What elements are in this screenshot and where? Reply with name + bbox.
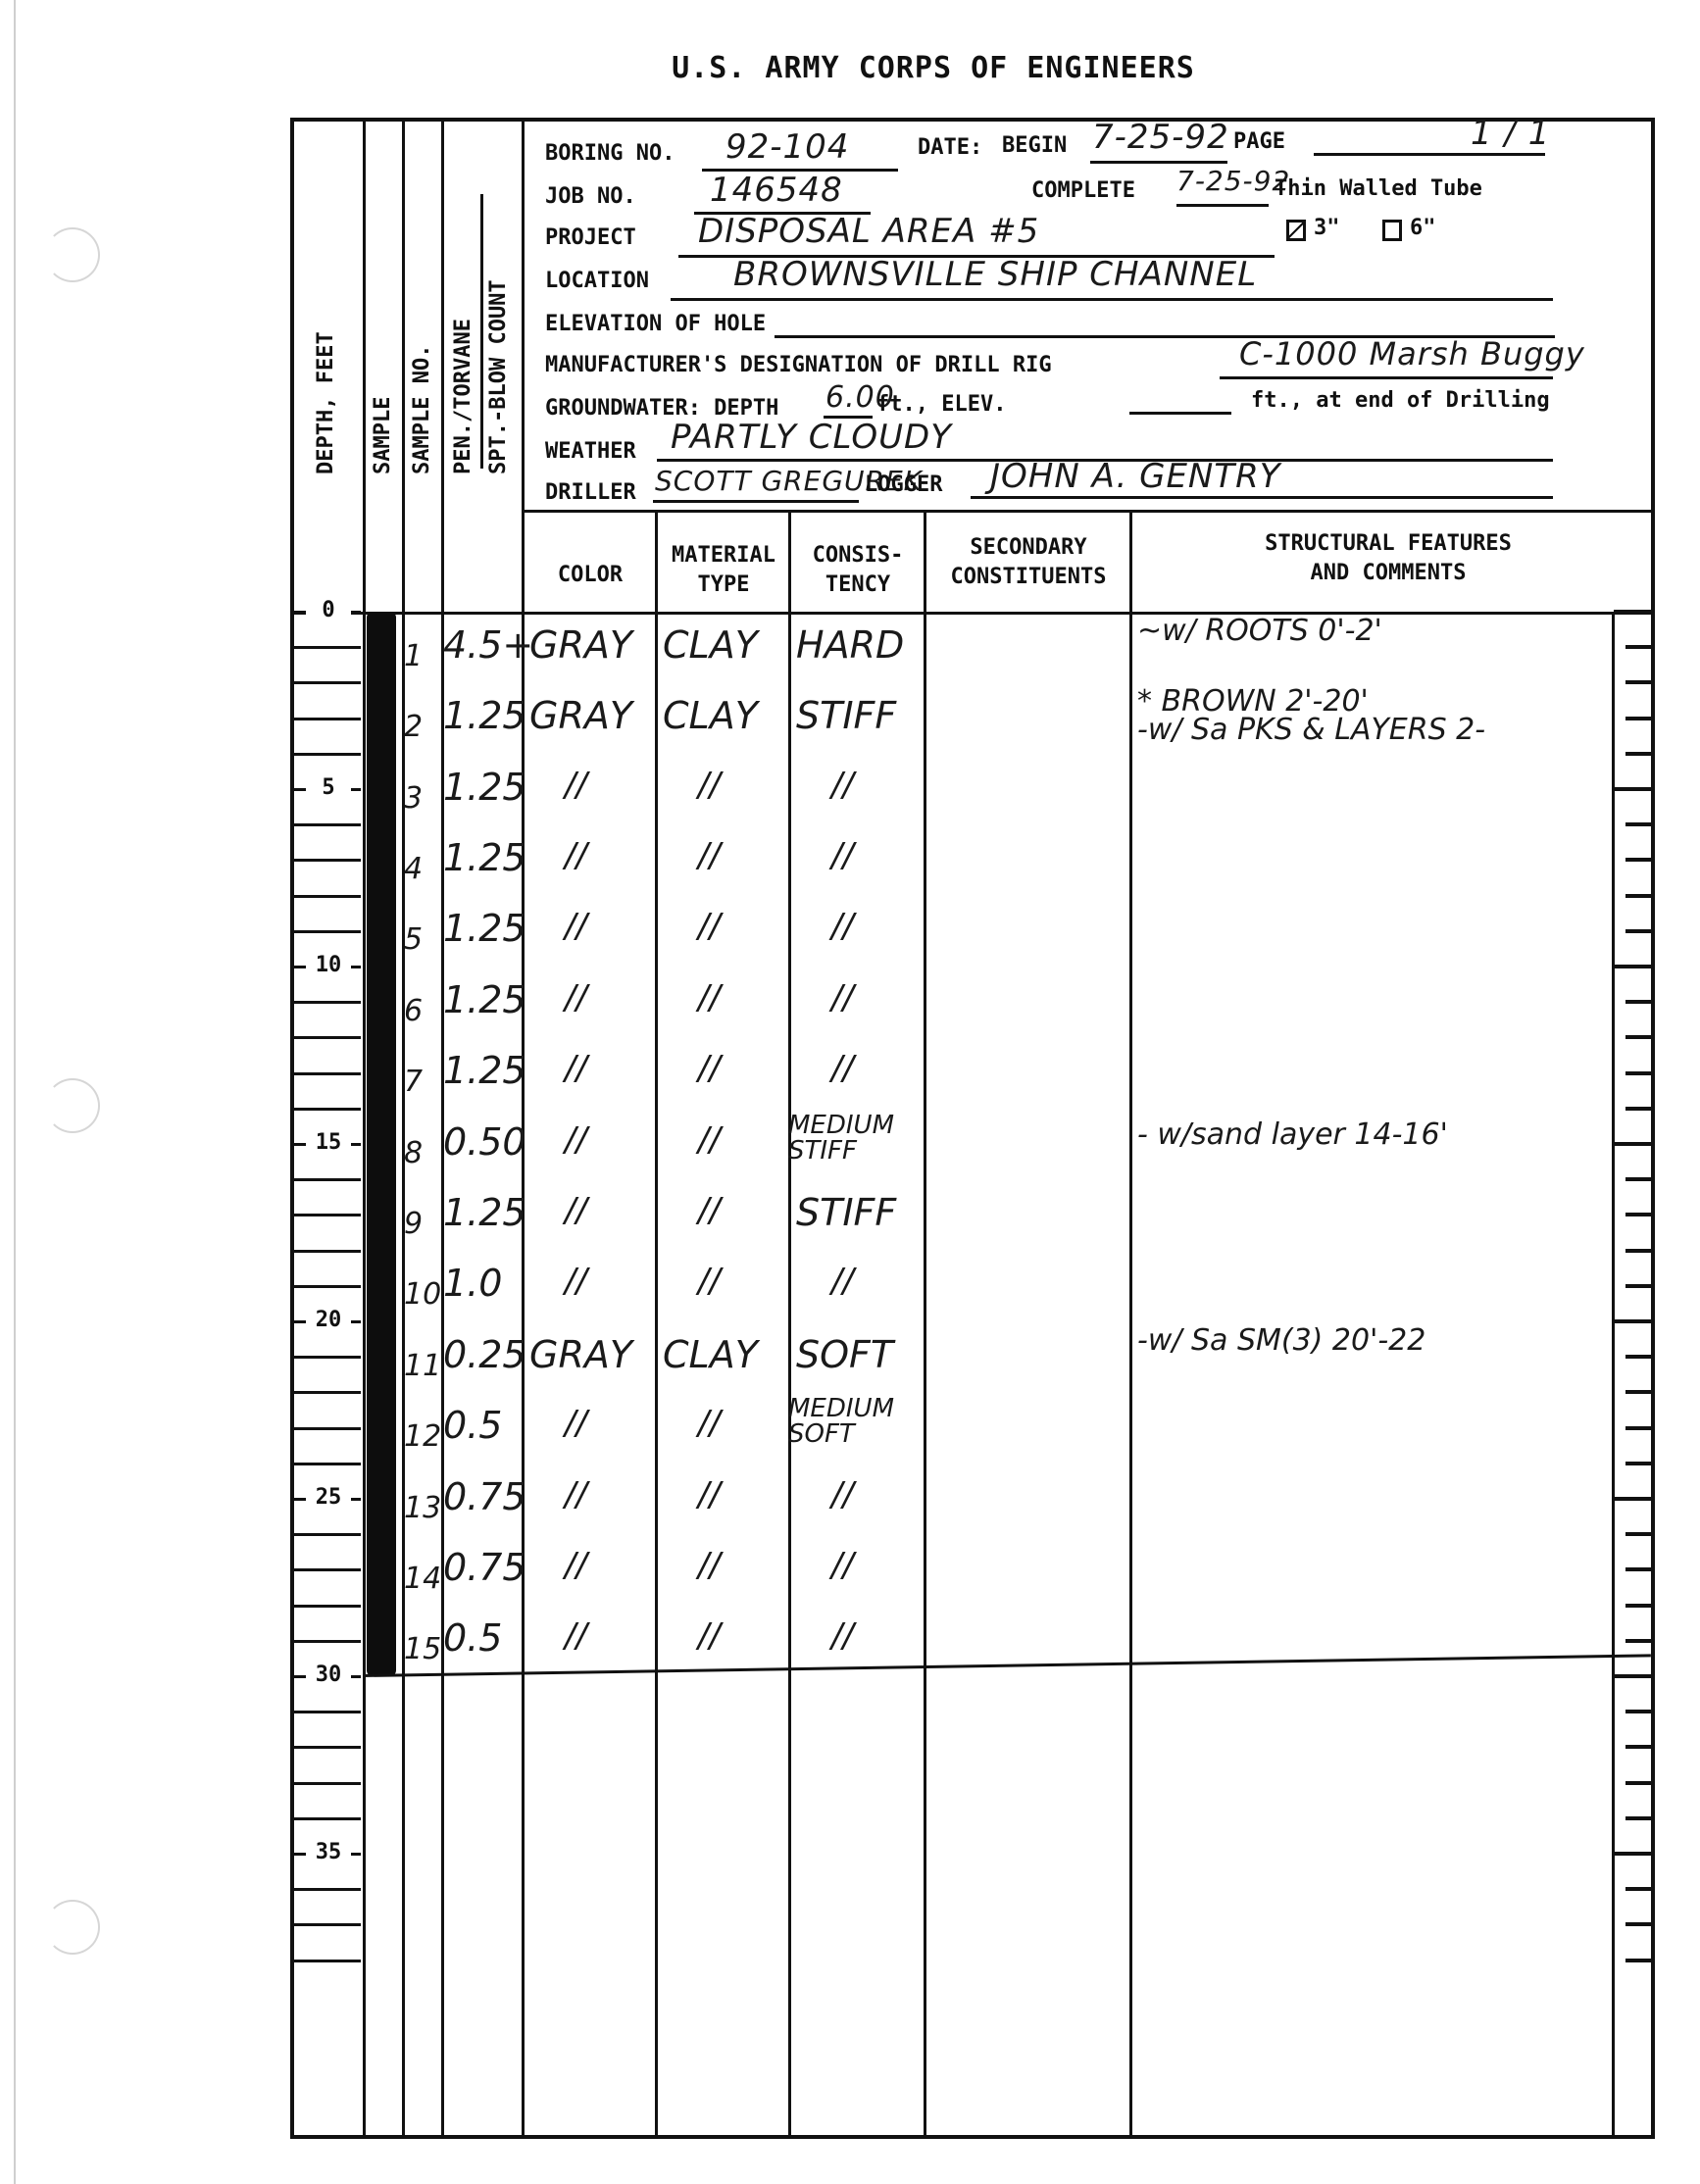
material-type-line2: TYPE bbox=[659, 571, 788, 600]
depth-tick bbox=[294, 1036, 361, 1039]
depth-tick-right bbox=[1625, 1177, 1651, 1181]
date-label: DATE: bbox=[918, 135, 982, 160]
depth-tick-right bbox=[1625, 1284, 1651, 1288]
depth-tick-right bbox=[1625, 1816, 1651, 1820]
depth-tick-right bbox=[1625, 1355, 1651, 1359]
punch-hole bbox=[45, 1078, 100, 1133]
depth-tick-right bbox=[1625, 1710, 1651, 1713]
color-value: // bbox=[565, 1404, 587, 1443]
tube-label: Thin Walled Tube bbox=[1275, 176, 1482, 201]
end-of-boring-line bbox=[363, 1654, 1651, 1677]
material-value: CLAY bbox=[663, 1333, 758, 1376]
divider bbox=[522, 510, 1651, 513]
depth-tick bbox=[294, 1001, 361, 1004]
end-drilling-label: ft., at end of Drilling bbox=[1251, 388, 1550, 413]
sample-no: 5 bbox=[404, 922, 423, 957]
depth-tick bbox=[294, 753, 361, 756]
depth-tick bbox=[294, 1427, 361, 1430]
secondary-line2: CONSTITUENTS bbox=[927, 563, 1129, 592]
page-edge bbox=[14, 0, 16, 2184]
depth-tick bbox=[294, 1923, 361, 1926]
consistency-value: // bbox=[831, 766, 854, 805]
depth-tick-right bbox=[1625, 1071, 1651, 1075]
depth-tick-right bbox=[1625, 1887, 1651, 1891]
depth-tick-right bbox=[1625, 717, 1651, 720]
sample-no: 13 bbox=[404, 1491, 441, 1525]
depth-tick-right bbox=[1625, 822, 1651, 826]
boring-log-form: DEPTH, FEET SAMPLE SAMPLE NO. PEN./TORVA… bbox=[290, 118, 1655, 2139]
logger-label: LOGGER bbox=[865, 472, 942, 497]
material-value: // bbox=[698, 1404, 721, 1443]
depth-tick bbox=[294, 646, 361, 649]
location-label: LOCATION bbox=[545, 269, 649, 293]
drill-rig-label: MANUFACTURER'S DESIGNATION OF DRILL RIG bbox=[545, 353, 1052, 377]
depth-tick bbox=[294, 1817, 361, 1820]
material-value: // bbox=[698, 907, 721, 946]
begin-label: BEGIN bbox=[1002, 133, 1067, 158]
divider bbox=[363, 122, 366, 2135]
color-value: // bbox=[565, 1191, 587, 1230]
divider bbox=[788, 510, 791, 2135]
consistency-value: MEDIUMSTIFF bbox=[788, 1113, 894, 1164]
pen-torvane-value: 0.50 bbox=[443, 1120, 526, 1164]
pen-torvane-value: 1.25 bbox=[443, 694, 526, 737]
consistency-line2: TENCY bbox=[792, 571, 924, 600]
depth-tick-right bbox=[1614, 1142, 1651, 1146]
depth-tick bbox=[294, 1285, 361, 1288]
consistency-value: // bbox=[831, 978, 854, 1018]
consistency-value: // bbox=[831, 907, 854, 946]
location-value[interactable]: BROWNSVILLE SHIP CHANNEL bbox=[733, 255, 1257, 294]
consistency-line1: CONSIS- bbox=[792, 541, 924, 571]
sample-no: 15 bbox=[404, 1632, 441, 1666]
depth-label: 10 bbox=[306, 953, 351, 977]
pen-torvane-value: 0.25 bbox=[443, 1333, 526, 1376]
consistency-column-header: CONSIS- TENCY bbox=[792, 541, 924, 600]
color-value: GRAY bbox=[529, 1333, 632, 1376]
depth-tick-right bbox=[1625, 1390, 1651, 1394]
sample-no: 10 bbox=[404, 1277, 441, 1312]
consistency-value: // bbox=[831, 1049, 854, 1088]
depth-tick bbox=[294, 1178, 361, 1181]
consistency-value: MEDIUMSOFT bbox=[788, 1396, 894, 1447]
ft-elev-label: ft., ELEV. bbox=[876, 392, 1006, 417]
depth-tick-right bbox=[1625, 1639, 1651, 1643]
color-value: // bbox=[565, 1546, 587, 1585]
depth-tick bbox=[294, 1746, 361, 1749]
secondary-column-header: SECONDARY CONSTITUENTS bbox=[927, 533, 1129, 592]
material-value: // bbox=[698, 836, 721, 875]
depth-tick-right bbox=[1625, 1959, 1651, 1962]
structural-line1: STRUCTURAL FEATURES bbox=[1133, 529, 1643, 559]
depth-tick-right bbox=[1625, 1567, 1651, 1571]
depth-tick bbox=[294, 1250, 361, 1253]
depth-tick bbox=[294, 1214, 361, 1216]
pen-torvane-value: 0.75 bbox=[443, 1546, 526, 1589]
color-value: // bbox=[565, 1616, 587, 1656]
material-value: // bbox=[698, 766, 721, 805]
consistency-value: HARD bbox=[796, 623, 904, 667]
color-column-header: COLOR bbox=[525, 561, 655, 590]
sample-column-header: SAMPLE bbox=[371, 397, 395, 474]
elevation-label: ELEVATION OF HOLE bbox=[545, 312, 766, 336]
underline bbox=[653, 500, 859, 503]
tube-6in-label: 6" bbox=[1410, 216, 1436, 240]
color-value: // bbox=[565, 1049, 587, 1088]
complete-date-value[interactable]: 7-25-92 bbox=[1176, 165, 1290, 197]
pen-torvane-value: 1.0 bbox=[443, 1262, 502, 1305]
material-value: // bbox=[698, 1262, 721, 1301]
color-value: // bbox=[565, 1262, 587, 1301]
depth-label: 25 bbox=[306, 1485, 351, 1510]
consistency-value: // bbox=[831, 1616, 854, 1656]
job-no-value[interactable]: 146548 bbox=[710, 171, 843, 210]
depth-tick bbox=[294, 718, 361, 720]
depth-tick-right bbox=[1614, 787, 1651, 791]
consistency-value: STIFF bbox=[796, 694, 896, 737]
depth-tick-right bbox=[1614, 1497, 1651, 1501]
tube-3in-checkbox[interactable] bbox=[1286, 220, 1306, 241]
underline bbox=[1220, 376, 1553, 379]
structural-comment: ~w/ ROOTS 0'-2' bbox=[1137, 614, 1382, 648]
underline bbox=[971, 496, 1553, 499]
material-value: CLAY bbox=[663, 694, 758, 737]
divider bbox=[294, 612, 1651, 615]
sample-no: 12 bbox=[404, 1419, 441, 1454]
depth-label: 15 bbox=[306, 1130, 351, 1155]
pen-torvane-value: 1.25 bbox=[443, 907, 526, 950]
depth-tick-right bbox=[1625, 1462, 1651, 1465]
divider bbox=[924, 510, 926, 2135]
material-type-column-header: MATERIAL TYPE bbox=[659, 541, 788, 600]
boring-no-label: BORING NO. bbox=[545, 141, 675, 166]
depth-column-header: DEPTH, FEET bbox=[314, 331, 338, 474]
material-value: // bbox=[698, 1475, 721, 1514]
consistency-value: // bbox=[831, 1546, 854, 1585]
depth-tick-right bbox=[1625, 1604, 1651, 1608]
depth-tick-right bbox=[1625, 680, 1651, 684]
sample-no: 9 bbox=[404, 1207, 423, 1241]
depth-label: 0 bbox=[306, 598, 351, 622]
structural-comment: -w/ Sa SM(3) 20'-22 bbox=[1137, 1323, 1425, 1358]
depth-label: 35 bbox=[306, 1840, 351, 1864]
depth-tick-right bbox=[1625, 1922, 1651, 1926]
pen-torvane-value: 1.25 bbox=[443, 1191, 526, 1234]
underline bbox=[1176, 204, 1269, 207]
punch-hole bbox=[45, 1900, 100, 1955]
depth-tick bbox=[294, 930, 361, 933]
color-value: // bbox=[565, 1120, 587, 1160]
divider bbox=[655, 510, 658, 2135]
depth-tick-right bbox=[1625, 858, 1651, 862]
depth-tick bbox=[294, 1463, 361, 1465]
pen-torvane-value: 1.25 bbox=[443, 978, 526, 1021]
groundwater-elev-field[interactable] bbox=[1129, 412, 1231, 415]
weather-value[interactable]: PARTLY CLOUDY bbox=[671, 418, 952, 457]
sample-no: 11 bbox=[404, 1349, 441, 1383]
structural-comment: -w/ Sa PKS & LAYERS 2- bbox=[1137, 713, 1485, 747]
depth-tick-right bbox=[1625, 929, 1651, 933]
depth-tick bbox=[294, 1391, 361, 1394]
consistency-value: // bbox=[831, 1262, 854, 1301]
consistency-value: SOFT bbox=[796, 1333, 893, 1376]
depth-tick bbox=[294, 1533, 361, 1536]
sample-no: 8 bbox=[404, 1136, 423, 1170]
sample-no-column-header: SAMPLE NO. bbox=[410, 345, 434, 474]
sample-no: 7 bbox=[404, 1065, 423, 1099]
depth-tick-right bbox=[1614, 610, 1651, 614]
secondary-line1: SECONDARY bbox=[927, 533, 1129, 563]
depth-tick-right bbox=[1614, 965, 1651, 968]
underline bbox=[671, 298, 1553, 301]
depth-tick bbox=[294, 1568, 361, 1571]
depth-label: 30 bbox=[306, 1663, 351, 1687]
color-value: // bbox=[565, 907, 587, 946]
divider bbox=[402, 122, 405, 2135]
depth-tick bbox=[294, 1108, 361, 1111]
consistency-value: // bbox=[831, 1475, 854, 1514]
sample-no: 3 bbox=[404, 781, 423, 816]
depth-label: 5 bbox=[306, 775, 351, 800]
divider bbox=[1612, 612, 1615, 2135]
depth-tick bbox=[294, 1782, 361, 1785]
depth-tick-right bbox=[1625, 1781, 1651, 1785]
job-no-label: JOB NO. bbox=[545, 184, 636, 209]
depth-tick bbox=[294, 823, 361, 826]
depth-tick-right bbox=[1614, 1319, 1651, 1323]
color-value: // bbox=[565, 766, 587, 805]
color-value: // bbox=[565, 1475, 587, 1514]
depth-tick-right bbox=[1614, 1674, 1651, 1678]
tube-3in-label: 3" bbox=[1314, 216, 1340, 240]
begin-date-value[interactable]: 7-25-92 bbox=[1092, 118, 1229, 157]
color-value: // bbox=[565, 836, 587, 875]
depth-tick-right bbox=[1625, 1745, 1651, 1749]
depth-tick bbox=[294, 681, 361, 684]
color-value: GRAY bbox=[529, 623, 632, 667]
depth-label: 20 bbox=[306, 1308, 351, 1332]
depth-tick-right bbox=[1625, 1107, 1651, 1111]
material-value: CLAY bbox=[663, 623, 758, 667]
project-label: PROJECT bbox=[545, 225, 636, 250]
fraction-bar bbox=[480, 194, 483, 469]
sample-no: 2 bbox=[404, 710, 423, 744]
sample-no: 4 bbox=[404, 852, 423, 886]
depth-tick-right bbox=[1625, 1035, 1651, 1039]
color-value: GRAY bbox=[529, 694, 632, 737]
depth-tick-right bbox=[1625, 752, 1651, 756]
pen-torvane-value: 4.5+ bbox=[443, 623, 533, 667]
logger-value[interactable]: JOHN A. GENTRY bbox=[990, 457, 1281, 496]
pen-torvane-value: 0.75 bbox=[443, 1475, 526, 1518]
spt-blow-count-column-header: SPT.-BLOW COUNT bbox=[486, 279, 511, 474]
punch-hole bbox=[45, 227, 100, 282]
agency-title: U.S. ARMY CORPS OF ENGINEERS bbox=[0, 51, 1700, 85]
depth-tick-right bbox=[1625, 1532, 1651, 1536]
depth-tick bbox=[294, 1960, 361, 1962]
consistency-value: // bbox=[831, 836, 854, 875]
project-value[interactable]: DISPOSAL AREA #5 bbox=[698, 212, 1039, 251]
depth-tick bbox=[294, 859, 361, 862]
pen-torvane-value: 0.5 bbox=[443, 1616, 502, 1660]
material-value: // bbox=[698, 1120, 721, 1160]
page-label: PAGE bbox=[1233, 129, 1285, 154]
drill-rig-value[interactable]: C-1000 Marsh Buggy bbox=[1239, 335, 1585, 372]
page-value: 1 / 1 bbox=[1471, 114, 1550, 153]
depth-tick bbox=[294, 1711, 361, 1713]
complete-label: COMPLETE bbox=[1031, 178, 1135, 203]
depth-tick-right bbox=[1625, 1000, 1651, 1004]
sample-no: 14 bbox=[404, 1562, 441, 1596]
boring-no-value[interactable]: 92-104 bbox=[725, 127, 849, 167]
underline bbox=[1314, 153, 1545, 156]
tube-6in-checkbox[interactable] bbox=[1382, 220, 1402, 241]
sample-interval-bar bbox=[367, 612, 396, 1676]
depth-tick-right bbox=[1625, 1213, 1651, 1216]
pen-torvane-value: 0.5 bbox=[443, 1404, 502, 1447]
material-value: // bbox=[698, 978, 721, 1018]
structural-line2: AND COMMENTS bbox=[1133, 559, 1643, 588]
depth-tick bbox=[294, 1072, 361, 1075]
depth-tick bbox=[294, 1888, 361, 1891]
sample-no: 6 bbox=[404, 994, 423, 1028]
material-type-line1: MATERIAL bbox=[659, 541, 788, 571]
sample-no: 1 bbox=[404, 639, 423, 673]
underline bbox=[1090, 161, 1227, 164]
depth-tick-right bbox=[1625, 645, 1651, 649]
depth-tick bbox=[294, 895, 361, 898]
driller-label: DRILLER bbox=[545, 480, 636, 505]
depth-tick bbox=[294, 1605, 361, 1608]
divider bbox=[1129, 510, 1132, 2135]
depth-tick bbox=[294, 1640, 361, 1643]
structural-column-header: STRUCTURAL FEATURES AND COMMENTS bbox=[1133, 529, 1643, 588]
material-value: // bbox=[698, 1546, 721, 1585]
color-value: // bbox=[565, 978, 587, 1018]
pen-torvane-value: 1.25 bbox=[443, 1049, 526, 1092]
pen-torvane-value: 1.25 bbox=[443, 766, 526, 809]
depth-tick bbox=[294, 1356, 361, 1359]
weather-label: WEATHER bbox=[545, 439, 636, 464]
pen-torvane-column-header: PEN./TORVANE bbox=[451, 319, 475, 474]
depth-tick-right bbox=[1625, 1249, 1651, 1253]
depth-tick-right bbox=[1614, 1852, 1651, 1856]
depth-tick-right bbox=[1625, 1426, 1651, 1430]
material-value: // bbox=[698, 1049, 721, 1088]
consistency-value: STIFF bbox=[796, 1191, 896, 1234]
material-value: // bbox=[698, 1191, 721, 1230]
structural-comment: - w/sand layer 14-16' bbox=[1137, 1117, 1448, 1152]
pen-torvane-value: 1.25 bbox=[443, 836, 526, 879]
depth-tick-right bbox=[1625, 894, 1651, 898]
material-value: // bbox=[698, 1616, 721, 1656]
